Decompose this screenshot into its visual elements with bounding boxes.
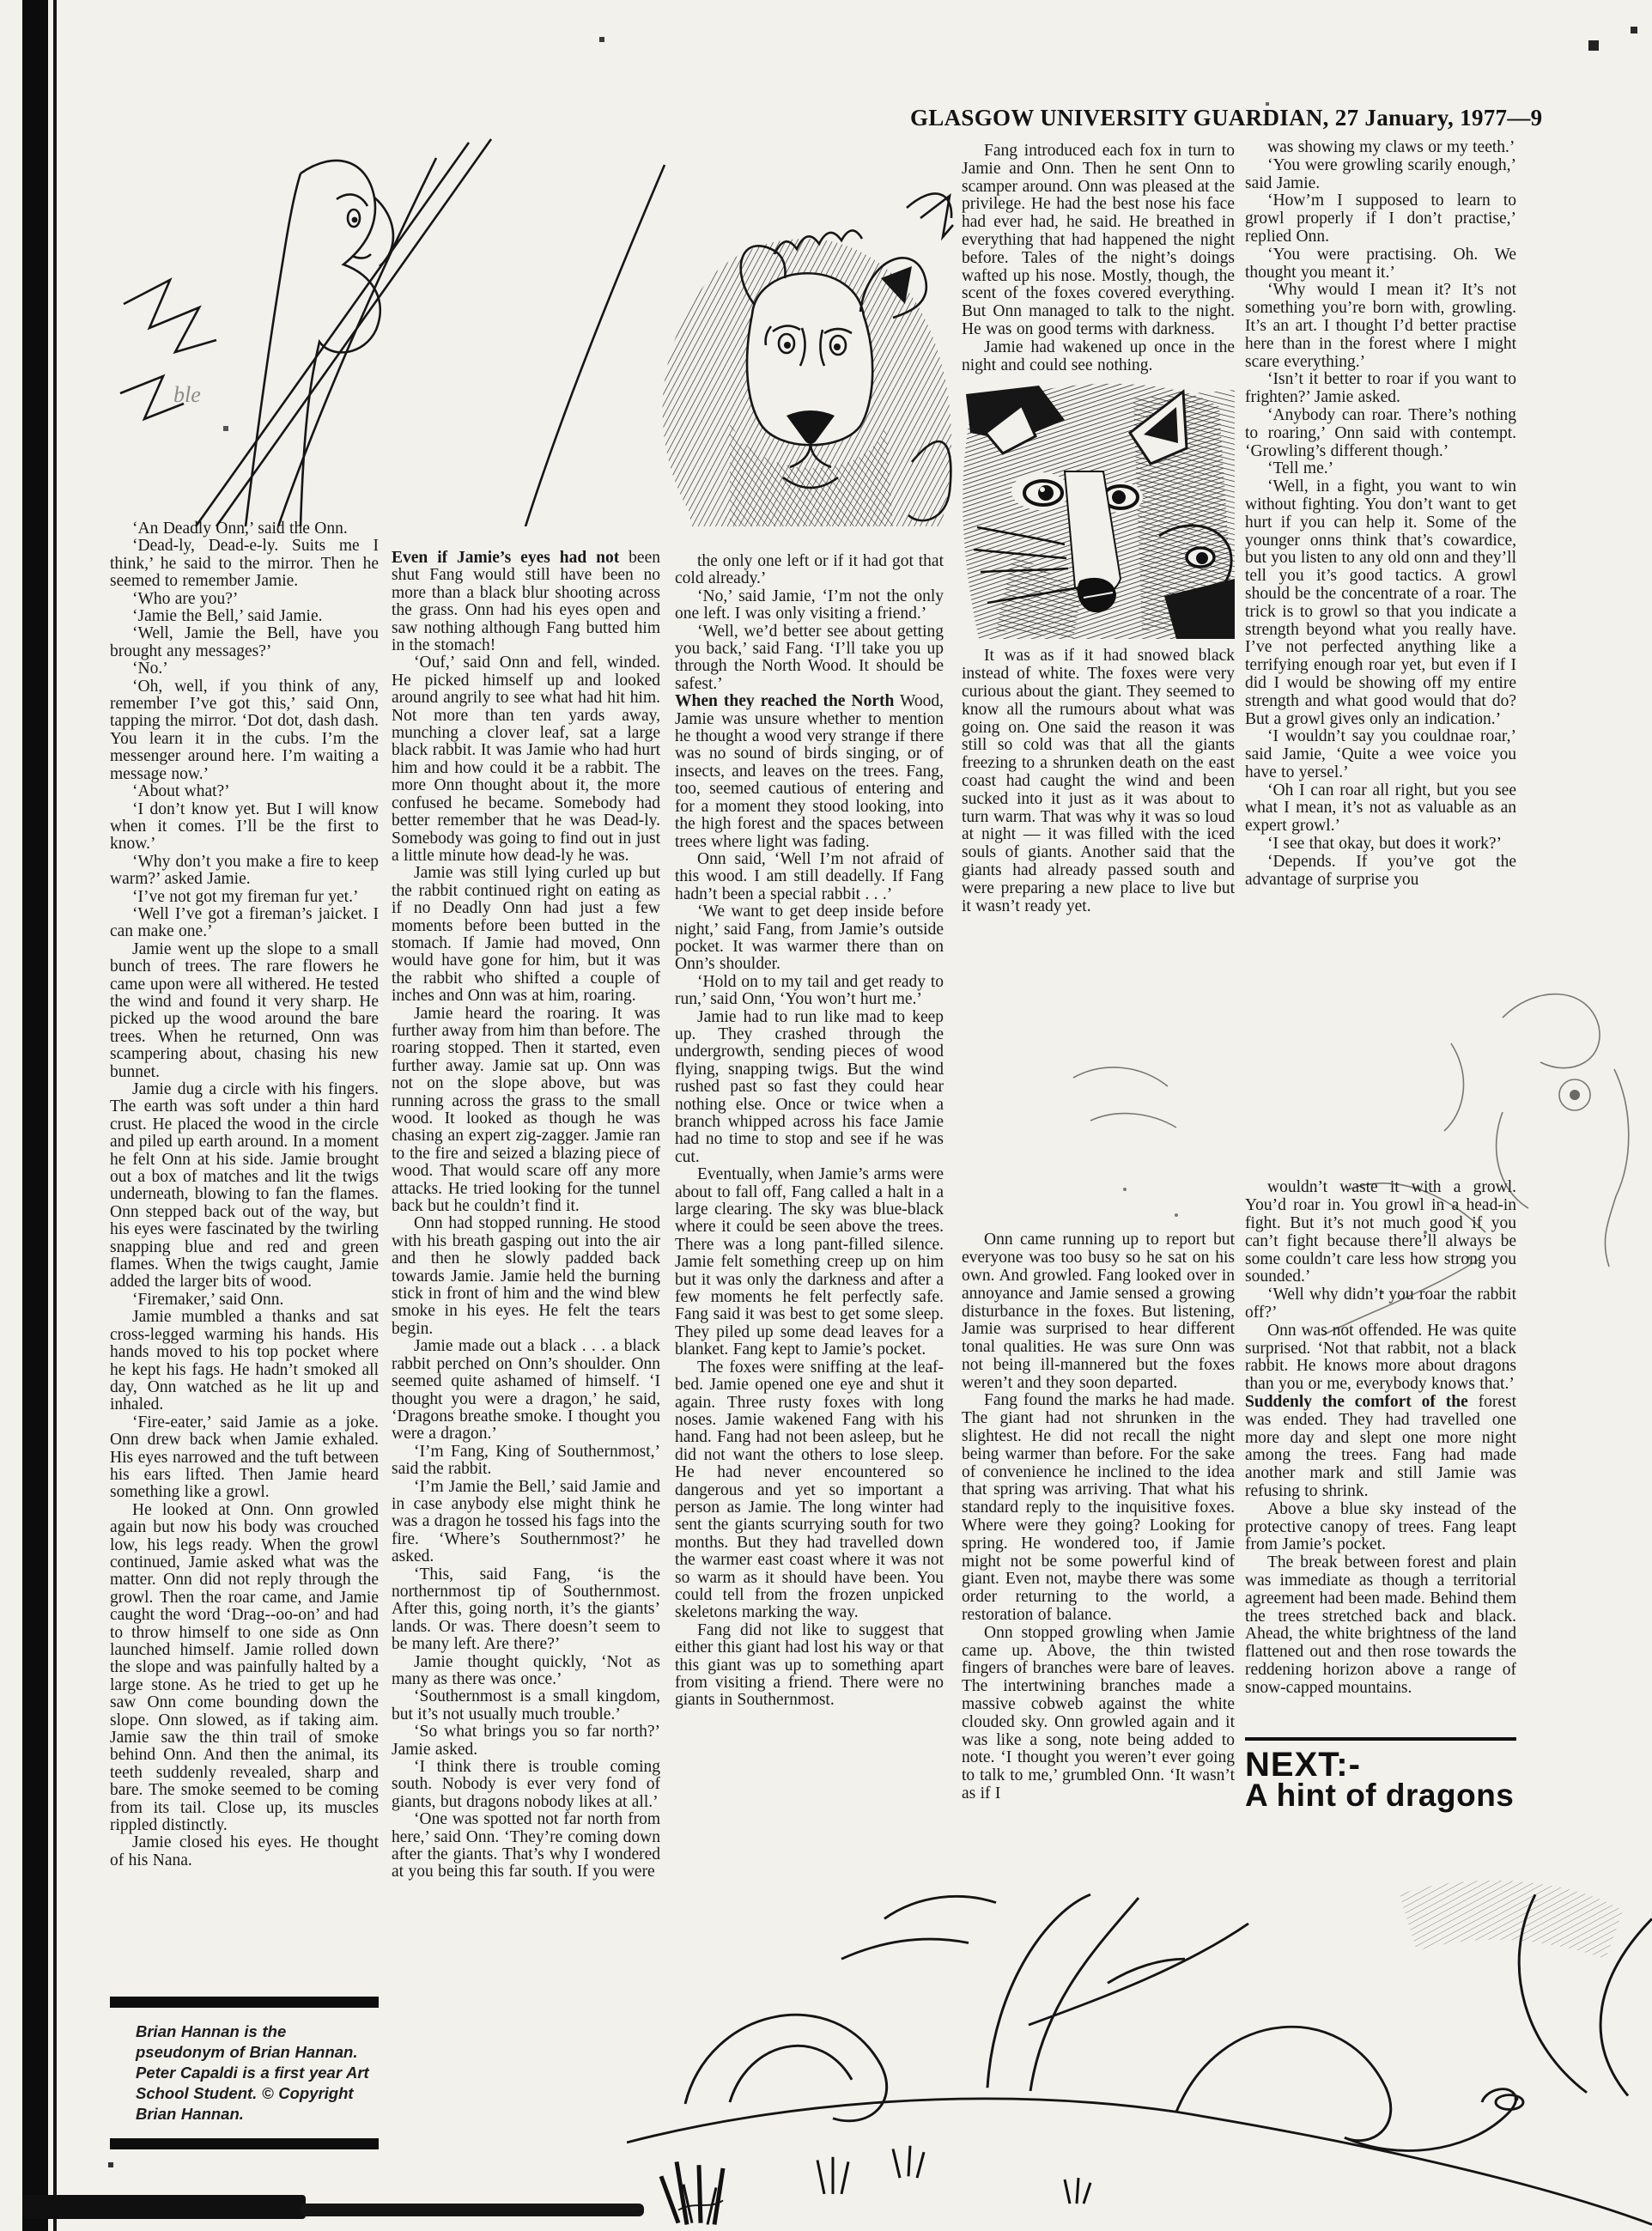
story-paragraph: ‘Tell me.’	[1245, 460, 1516, 478]
fox-illustration-svg	[962, 381, 1235, 639]
story-paragraph: When they reached the North Wood, Jamie …	[675, 693, 944, 851]
scan-specks	[0, 0, 2, 2]
story-paragraph: ‘One was spotted not far north from here…	[392, 1811, 660, 1881]
author-credit-box: Brian Hannan is the pseudonym of Brian H…	[110, 1997, 379, 2149]
column-gap	[962, 915, 1235, 1231]
story-paragraph: ‘Well why didn’t you roar the rabbit off…	[1245, 1286, 1516, 1322]
scan-smudge	[301, 2204, 644, 2216]
bold-lead: When they reached the North	[675, 692, 894, 710]
story-column-3: the only one left or if it had got that …	[675, 553, 944, 1710]
story-paragraph: Onn had stopped running. He stood with h…	[392, 1215, 660, 1338]
story-paragraph: Jamie thought quickly, ‘Not as many as t…	[392, 1654, 660, 1689]
story-paragraph: Jamie made out a black . . . a black rab…	[392, 1338, 660, 1443]
bold-lead: Even if Jamie’s eyes had not	[392, 549, 619, 567]
story-column-1: ‘An Deadly Onn,’ said the Onn.‘Dead-ly, …	[110, 520, 379, 2149]
story-paragraph: Jamie mumbled a thanks and sat cross-leg…	[110, 1309, 379, 1413]
lion-illustration: ble	[94, 136, 955, 526]
story-paragraph: ‘Well, we’d better see about getting you…	[675, 623, 944, 694]
handwritten-mark: ble	[173, 382, 201, 407]
bold-lead: Suddenly the comfort of the	[1245, 1393, 1468, 1411]
story-paragraph: ‘Isn’t it better to roar if you want to …	[1245, 371, 1516, 407]
story-paragraph: The break between forest and plain was i…	[1245, 1554, 1516, 1697]
story-paragraph: ‘Who are you?’	[110, 591, 379, 608]
story-paragraph: The foxes were sniffing at the leaf-bed.…	[675, 1359, 944, 1622]
story-paragraph: ‘You were growling scarily enough,’ said…	[1245, 157, 1516, 193]
story-paragraph: was showing my claws or my teeth.’	[1245, 139, 1516, 157]
scan-edge-line	[53, 0, 57, 2231]
story-paragraph: ‘No,’ said Jamie, ‘I’m not the only one …	[675, 588, 944, 623]
story-paragraph: ‘Well, Jamie the Bell, have you brought …	[110, 625, 379, 660]
story-paragraph: Even if Jamie’s eyes had not been shut F…	[392, 550, 660, 654]
story-paragraph: Fang did not like to suggest that either…	[675, 1622, 944, 1710]
story-paragraph: ‘About what?’	[110, 783, 379, 800]
story-paragraph: ‘So what brings you so far north?’ Jamie…	[392, 1723, 660, 1759]
story-paragraph: ‘I think there is trouble coming south. …	[392, 1759, 660, 1811]
roots-illustration-svg	[627, 1846, 1652, 2231]
credit-rule	[110, 1997, 379, 2008]
column-gap	[1245, 889, 1516, 1179]
story-paragraph: ‘How’m I supposed to learn to growl prop…	[1245, 192, 1516, 246]
story-paragraph: ‘Hold on to my tail and get ready to run…	[675, 974, 944, 1009]
story-paragraph: Jamie had wakened up once in the night a…	[962, 339, 1235, 375]
story-paragraph: Jamie heard the roaring. It was further …	[392, 1006, 660, 1216]
story-paragraph: ‘Depends. If you’ve got the advantage of…	[1245, 854, 1516, 890]
scan-smudge	[22, 2195, 306, 2219]
newspaper-page: GLASGOW UNIVERSITY GUARDIAN, 27 January,…	[0, 0, 1652, 2231]
story-paragraph: Eventually, when Jamie’s arms were about…	[675, 1166, 944, 1359]
masthead: GLASGOW UNIVERSITY GUARDIAN, 27 January,…	[910, 105, 1521, 131]
story-paragraph: ‘No.’	[110, 660, 379, 678]
story-paragraph: ‘Fire-eater,’ said Jamie as a joke. Onn …	[110, 1414, 379, 1502]
story-column-4: Fang introduced each fox in turn to Jami…	[962, 143, 1235, 1803]
story-paragraph: Jamie closed his eyes. He thought of his…	[110, 1834, 379, 1869]
story-paragraph: Onn said, ‘Well I’m not afraid of this w…	[675, 851, 944, 903]
roots-illustration	[627, 1846, 1652, 2231]
next-label: NEXT:-	[1245, 1756, 1516, 1774]
story-paragraph: ‘I’m Jamie the Bell,’ said Jamie and in …	[392, 1479, 660, 1566]
fox-illustration	[962, 381, 1235, 639]
scan-edge-bar	[22, 0, 48, 2231]
story-paragraph: ‘Well I’ve got a fireman’s jaicket. I ca…	[110, 906, 379, 941]
story-paragraph: Suddenly the comfort of the forest was e…	[1245, 1394, 1516, 1501]
story-paragraph: ‘I see that okay, but does it work?’	[1245, 836, 1516, 854]
story-paragraph: ‘We want to get deep inside before night…	[675, 903, 944, 974]
story-paragraph: ‘You were practising. Oh. We thought you…	[1245, 246, 1516, 283]
story-paragraph: Jamie went up the slope to a small bunch…	[110, 941, 379, 1081]
story-paragraph: Above a blue sky instead of the protecti…	[1245, 1501, 1516, 1554]
next-title: A hint of dragons	[1245, 1787, 1516, 1805]
story-paragraph: ‘Anybody can roar. There’s nothing to ro…	[1245, 407, 1516, 460]
author-credit-text: Brian Hannan is the pseudonym of Brian H…	[136, 2021, 375, 2125]
story-paragraph: ‘Why don’t you make a fire to keep warm?…	[110, 854, 379, 889]
story-paragraph: ‘Dead-ly, Dead-e-ly. Suits me I think,’ …	[110, 538, 379, 590]
story-paragraph: ‘Oh I can roar all right, but you see wh…	[1245, 782, 1516, 836]
story-paragraph: wouldn’t waste it with a growl. You’d ro…	[1245, 1179, 1516, 1286]
story-column-5: was showing my claws or my teeth.’‘You w…	[1245, 139, 1516, 1805]
story-paragraph: ‘I don’t know yet. But I will know when …	[110, 801, 379, 854]
story-paragraph: ‘This, said Fang, ‘is the northernmost t…	[392, 1566, 660, 1654]
story-paragraph: ‘An Deadly Onn,’ said the Onn.	[110, 520, 379, 538]
story-paragraph: the only one left or if it had got that …	[675, 553, 944, 588]
next-issue-teaser: NEXT:-A hint of dragons	[1245, 1737, 1516, 1806]
story-paragraph: ‘I’m Fang, King of Southernmost,’ said t…	[392, 1444, 660, 1479]
story-paragraph: Onn was not offended. He was quite surpr…	[1245, 1322, 1516, 1394]
lion-illustration-svg: ble	[94, 136, 955, 526]
story-paragraph: ‘Southernmost is a small kingdom, but it…	[392, 1688, 660, 1723]
story-column-2: Even if Jamie’s eyes had not been shut F…	[392, 550, 660, 1881]
story-paragraph: ‘Well, in a fight, you want to win witho…	[1245, 478, 1516, 728]
story-paragraph: Onn came running up to report but everyo…	[962, 1231, 1235, 1392]
story-paragraph: Fang introduced each fox in turn to Jami…	[962, 143, 1235, 339]
story-paragraph: Jamie was still lying curled up but the …	[392, 865, 660, 1005]
story-paragraph: Jamie dug a circle with his fingers. The…	[110, 1081, 379, 1292]
credit-rule	[110, 2138, 379, 2149]
story-paragraph: Onn stopped growling when Jamie came up.…	[962, 1625, 1235, 1803]
story-paragraph: ‘I wouldn’t say you couldnae roar,’ said…	[1245, 728, 1516, 781]
story-paragraph: ‘Jamie the Bell,’ said Jamie.	[110, 608, 379, 625]
story-paragraph: Jamie had to run like mad to keep up. Th…	[675, 1009, 944, 1167]
story-paragraph: ‘Firemaker,’ said Onn.	[110, 1292, 379, 1309]
story-paragraph: ‘I’ve not got my fireman fur yet.’	[110, 889, 379, 906]
story-paragraph: ‘Ouf,’ said Onn and fell, winded. He pic…	[392, 654, 660, 865]
story-paragraph: ‘Why would I mean it? It’s not something…	[1245, 282, 1516, 371]
story-paragraph: He looked at Onn. Onn growled again but …	[110, 1502, 379, 1835]
story-paragraph: ‘Oh, well, if you think of any, remember…	[110, 678, 379, 783]
story-paragraph: It was as if it had snowed black instead…	[962, 647, 1235, 915]
story-paragraph: Fang found the marks he had made. The gi…	[962, 1392, 1235, 1624]
